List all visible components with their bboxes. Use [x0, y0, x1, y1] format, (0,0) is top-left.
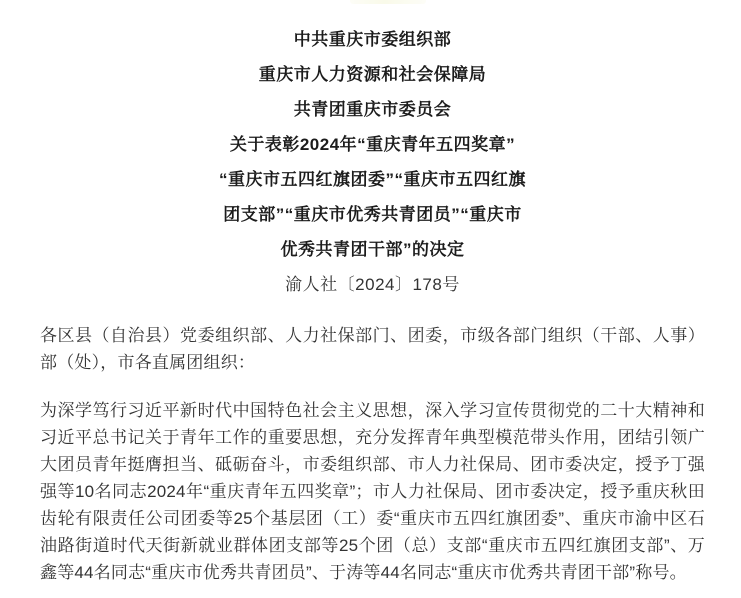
decision-title-line-3: 团支部”“重庆市优秀共青团员”“重庆市 — [40, 197, 705, 232]
decision-title-line-1: 关于表彰2024年“重庆青年五四奖章” — [40, 127, 705, 162]
salutation-paragraph: 各区县（自治县）党委组织部、人力社保部门、团委，市级各部门组织（干部、人事）部（… — [40, 322, 705, 376]
issuer-line-2: 重庆市人力资源和社会保障局 — [40, 57, 705, 92]
decision-title-line-4: 优秀共青团干部”的决定 — [40, 232, 705, 267]
top-edge-artifact — [350, 0, 426, 4]
document-header: 中共重庆市委组织部 重庆市人力资源和社会保障局 共青团重庆市委员会 关于表彰20… — [40, 22, 705, 302]
decision-title-line-2: “重庆市五四红旗团委”“重庆市五四红旗 — [40, 162, 705, 197]
issuer-line-3: 共青团重庆市委员会 — [40, 92, 705, 127]
document-body: 各区县（自治县）党委组织部、人力社保部门、团委，市级各部门组织（干部、人事）部（… — [40, 322, 705, 586]
document-number: 渝人社〔2024〕178号 — [40, 267, 705, 302]
main-paragraph: 为深学笃行习近平新时代中国特色社会主义思想，深入学习宣传贯彻党的二十大精神和习近… — [40, 397, 705, 586]
document-page: 中共重庆市委组织部 重庆市人力资源和社会保障局 共青团重庆市委员会 关于表彰20… — [0, 0, 741, 598]
issuer-line-1: 中共重庆市委组织部 — [40, 22, 705, 57]
